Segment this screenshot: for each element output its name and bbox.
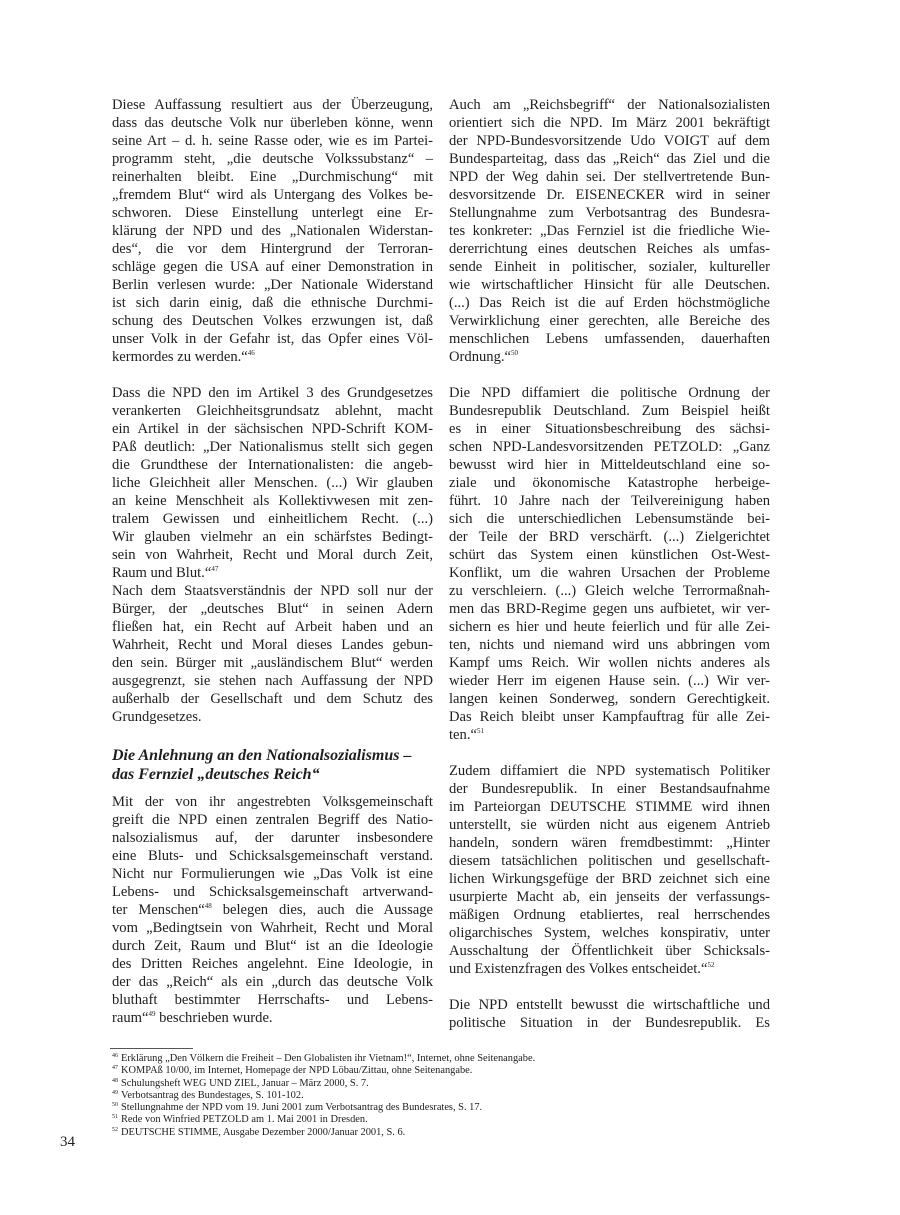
text-line: Auch am „Reichsbegriff“ der Nationalsozi… [449,96,770,114]
text-line: langen keinen Sonderweg, sondern Gerecht… [449,690,770,708]
text-line: sichern es hier und heute feierlich und … [449,618,770,636]
footnote-text: KOMPAß 10/00, im Internet, Homepage der … [121,1065,472,1076]
footnote-number: 48 [112,1078,118,1084]
text-line: im Parteiorgan DEUTSCHE STIMME wird ihne… [449,798,770,816]
footnote-number: 50 [112,1102,118,1108]
paragraph-diffamiert-politiker: Zudem diffamiert die NPD systematisch Po… [449,762,770,978]
footnote-50: 50Stellungnahme der NPD vom 19. Juni 200… [112,1102,535,1114]
text-line: Konflikt, um die wahren Ursachen der Pro… [449,564,770,582]
footnote-number: 47 [112,1065,118,1071]
text-line: der Teile der BRD verschärft. (...) Ziel… [449,528,770,546]
section-heading: Die Anlehnung an den Nationalsozialismus… [112,746,433,784]
text-line: Die NPD diffamiert die politische Ordnun… [449,384,770,402]
text-line: wieder Herr im eigenen Hause sein. (...)… [449,672,770,690]
paragraph-wirtschaftliche-situation: Die NPD entstellt bewusst die wirtschaft… [449,996,770,1032]
paragraph-volksgemeinschaft: Mit der von ihr angestrebten Volksgemein… [112,793,433,1027]
text-line: verankerten Gleichheitsgrundsatz ablehnt… [112,402,433,420]
footnote-text: Rede von Winfried PETZOLD am 1. Mai 2001… [121,1114,368,1125]
text-line: zu verschleiern. (...) Gleich welche Ter… [449,582,770,600]
text-line: unser Volk in der Gefahr ist, das Opfer … [112,330,433,348]
text-line: ten, nichts und niemand wird uns abbring… [449,636,770,654]
text-line: fließen hat, ein Recht auf Arbeit haben … [112,618,433,636]
text-line: Nicht nur Formulierungen wie „Das Volk i… [112,865,433,883]
text-line: klärung der NPD und des „Nationalen Wide… [112,222,433,240]
text-line: kermordes zu werden.“46 [112,348,433,366]
left-column: Diese Auffassung resultiert aus der Über… [112,96,433,1027]
right-column: Auch am „Reichsbegriff“ der Nationalsozi… [449,96,770,1032]
text-line: ten.“51 [449,726,770,744]
text-line: dererrichtung eines deutschen Reiches al… [449,240,770,258]
text-line: diesem tatsächlichen politischen und ges… [449,852,770,870]
text-line: des Dritten Reiches angelehnt. Eine Ideo… [112,955,433,973]
text-line: schläge gegen die USA auf einer Demonstr… [112,258,433,276]
text-line: und Existenzfragen des Volkes entscheide… [449,960,770,978]
footnote-47: 47KOMPAß 10/00, im Internet, Homepage de… [112,1065,535,1077]
text-line: Bundesrepublik Deutschland. Zum Beispiel… [449,402,770,420]
text-line: raum“49 beschrieben wurde. [112,1009,433,1027]
footnote-49: 49Verbotsantrag des Bundestages, S. 101-… [112,1090,535,1102]
text-line: ist sich darin einig, daß die ethnische … [112,294,433,312]
text-line: den sein. Bürger mit „ausländischem Blut… [112,654,433,672]
footnote-number: 52 [112,1127,118,1133]
text-line: greift die NPD einen zentralen Begriff d… [112,811,433,829]
text-line: (...) Das Reich ist die auf Erden höchst… [449,294,770,312]
text-line: Verwirklichung einer gerechten, alle Ber… [449,312,770,330]
text-line: Bundesparteitag, dass das „Reich“ das Zi… [449,150,770,168]
text-line: mäßigen Ordnung etabliertes, real herrsc… [449,906,770,924]
footnote-ref-48[interactable]: 48 [205,902,212,910]
text-line: menschlichen Lebens umfassenden, dauerha… [449,330,770,348]
footnote-text: Schulungsheft WEG UND ZIEL, Januar – Mär… [121,1078,369,1089]
text-line: schürt das System einen künstlichen Ost-… [449,546,770,564]
footnote-ref-50[interactable]: 50 [511,349,518,357]
text-line: vom „Bedingtsein von Wahrheit, Recht und… [112,919,433,937]
text-line: führt. 10 Jahre nach der Teilvereinigung… [449,492,770,510]
text-line: der das „Reich“ als ein „durch das deuts… [112,973,433,991]
paragraph-diffamiert-ordnung: Die NPD diffamiert die politische Ordnun… [449,384,770,744]
text-line: sein von Wahrheit, Recht und Moral durch… [112,546,433,564]
footnote-text: Erklärung „Den Völkern die Freiheit – De… [121,1053,535,1064]
text-line: usurpierte Macht ab, ein jenseits der ve… [449,888,770,906]
text-line: reinerhalten bleibt. Eine „Durchmischung… [112,168,433,186]
text-line: außerhalb der Gesellschaft und dem Schut… [112,690,433,708]
text-line: Lebens- und Schicksalsgemeinschaft artve… [112,883,433,901]
text-line: desvorsitzende Dr. EISENECKER wird in se… [449,186,770,204]
text-line: Berlin verlesen wurde: „Der Nationale Wi… [112,276,433,294]
text-line: PAß deutlich: „Der Nationalismus stellt … [112,438,433,456]
text-line: lichen Wirkungsgefüge der BRD zeichnet s… [449,870,770,888]
text-line: Ordnung.“50 [449,348,770,366]
text-line: schung des Deutschen Volkes erzwungen is… [112,312,433,330]
heading-line: das Fernziel „deutsches Reich“ [112,765,433,784]
text-line: Diese Auffassung resultiert aus der Über… [112,96,433,114]
text-line: Das Reich bleibt unser Kampfauftrag für … [449,708,770,726]
text-line: „fremdem Blut“ wird als Untergang des Vo… [112,186,433,204]
text-line: tes konkreter: „Das Fernziel ist die fri… [449,222,770,240]
page-number: 34 [60,1134,75,1151]
paragraph-reichsbegriff: Auch am „Reichsbegriff“ der Nationalsozi… [449,96,770,366]
text-line: Die NPD entstellt bewusst die wirtschaft… [449,996,770,1014]
footnote-ref-46[interactable]: 46 [248,349,255,357]
text-line: die Grundthese der Internationalisten: d… [112,456,433,474]
footnote-46: 46Erklärung „Den Völkern die Freiheit – … [112,1053,535,1065]
text-line: Bürger, der „deutsches Blut“ in seinen A… [112,600,433,618]
text-line: Mit der von ihr angestrebten Volksgemein… [112,793,433,811]
text-line: schworen. Diese Einstellung unterlegt ei… [112,204,433,222]
text-line: des“, die vor dem Hintergrund der Terror… [112,240,433,258]
text-line: Nach dem Staatsverständnis der NPD soll … [112,582,433,600]
footnote-number: 46 [112,1053,118,1059]
text-line: Wahrheit, Recht und Moral dieses Landes … [112,636,433,654]
text-line: bluthaft bestimmter Herrschafts- und Leb… [112,991,433,1009]
text-line: eine Bluts- und Schicksalsgemeinschaft v… [112,847,433,865]
text-line: Stellungnahme zum Verbotsantrag des Bund… [449,204,770,222]
text-line: Ausschaltung der Öffentlichkeit über Sch… [449,942,770,960]
footnote-ref-51[interactable]: 51 [477,727,484,735]
text-line: NPD der Weg dahin sei. Der stellvertrete… [449,168,770,186]
footnote-text: DEUTSCHE STIMME, Ausgabe Dezember 2000/J… [121,1127,405,1138]
footnote-51: 51Rede von Winfried PETZOLD am 1. Mai 20… [112,1114,535,1126]
text-line: unterstellt, sie würden nicht aus eigene… [449,816,770,834]
text-line: durch Zeit, Raum und Blut“ ist an die Id… [112,937,433,955]
text-line: seine Art – d. h. seine Rasse oder, wie … [112,132,433,150]
text-line: Raum und Blut.“47 [112,564,433,582]
paragraph-staatsverstaendnis: Nach dem Staatsverständnis der NPD soll … [112,582,433,726]
heading-line: Die Anlehnung an den Nationalsozialismus… [112,746,433,765]
footnote-number: 49 [112,1090,118,1096]
text-line: Wir glauben vielmehr an ein schärfstes B… [112,528,433,546]
text-line: ter Menschen“48 belegen dies, auch die A… [112,901,433,919]
text-line: men das BRD-Regime gegen uns aufbietet, … [449,600,770,618]
text-line: ziale und ökonomische Katastrophe herbei… [449,474,770,492]
text-line: orientiert sich die NPD. Im März 2001 be… [449,114,770,132]
text-line: an keine Menschheit als Kollektivwesen m… [112,492,433,510]
text-line: ein Artikel in der sächsischen NPD-Schri… [112,420,433,438]
text-line: Grundgesetzes. [112,708,433,726]
text-line: tralem Gewissen und einheitlichem Recht.… [112,510,433,528]
footnotes: 46Erklärung „Den Völkern die Freiheit – … [112,1053,535,1139]
footnote-52: 52DEUTSCHE STIMME, Ausgabe Dezember 2000… [112,1127,535,1139]
footnote-ref-47[interactable]: 47 [211,565,218,573]
text-line: es in einer Situationsbeschreibung des s… [449,420,770,438]
paragraph-gleichheitsgrundsatz: Dass die NPD den im Artikel 3 des Grundg… [112,384,433,582]
text-line: politische Situation in der Bundesrepubl… [449,1014,770,1032]
footnote-separator [110,1048,193,1049]
text-line: dass das deutsche Volk nur überleben kön… [112,114,433,132]
footnote-48: 48Schulungsheft WEG UND ZIEL, Januar – M… [112,1078,535,1090]
text-line: wie wirtschaftlicher Hinsicht für alle D… [449,276,770,294]
text-line: der NPD-Bundesvorsitzende Udo VOIGT auf … [449,132,770,150]
text-line: der Bundesrepublik. In einer Bestandsauf… [449,780,770,798]
text-line: schen NPD-Landesvorsitzenden PETZOLD: „G… [449,438,770,456]
paragraph-auffassung: Diese Auffassung resultiert aus der Über… [112,96,433,366]
text-line: liche Gleichheit aller Menschen. (...) W… [112,474,433,492]
text-line: nalsozialismus auf, der darunter insbeso… [112,829,433,847]
footnote-text: Verbotsantrag des Bundestages, S. 101-10… [121,1090,304,1101]
text-line: sich die unterschiedlichen Lebensumständ… [449,510,770,528]
footnote-number: 51 [112,1114,118,1120]
text-line: oligarchisches System, welches konspirat… [449,924,770,942]
text-line: bewusst wird hier in Mitteldeutschland e… [449,456,770,474]
footnote-text: Stellungnahme der NPD vom 19. Juni 2001 … [121,1102,482,1113]
text-line: Dass die NPD den im Artikel 3 des Grundg… [112,384,433,402]
footnote-ref-52[interactable]: 52 [707,961,714,969]
text-line: sende Einheit in politischer, sozialer, … [449,258,770,276]
text-line: Kampf ums Reich. Wir wollen nichts ander… [449,654,770,672]
text-line: ausgegrenzt, sie stehen nach Auffassung … [112,672,433,690]
text-line: programm steht, „die deutsche Volkssubst… [112,150,433,168]
text-line: Zudem diffamiert die NPD systematisch Po… [449,762,770,780]
text-line: handeln, sondern wären fremdbestimmt: „H… [449,834,770,852]
